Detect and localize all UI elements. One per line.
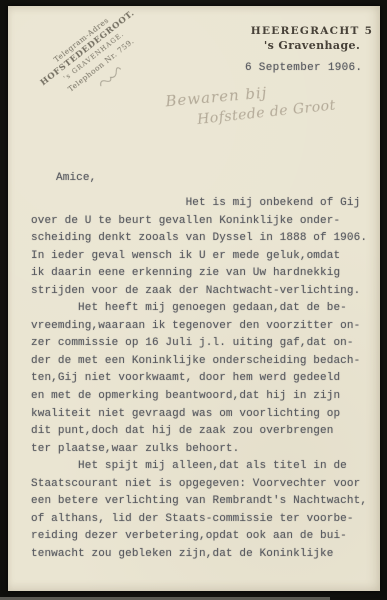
address-city: 's Gravenhage. <box>246 39 378 52</box>
letterhead-address: HEEREGRACHT 5 's Gravenhage. <box>246 25 378 52</box>
address-street: HEEREGRACHT 5 <box>246 25 378 37</box>
telegram-address-stamp: Telegram-Adres HOFSTEDEDEGROOT. 's GRAVE… <box>23 0 170 127</box>
letter-scan: Telegram-Adres HOFSTEDEDEGROOT. 's GRAVE… <box>0 0 387 600</box>
pencil-annotation: Bewaren bij Hofstede de Groot <box>165 78 337 130</box>
letter-body: Het is mij onbekend of Gij over de U te … <box>31 195 367 563</box>
letter-date: 6 September 1906. <box>245 62 362 74</box>
letter-paper: Telegram-Adres HOFSTEDEDEGROOT. 's GRAVE… <box>8 6 380 591</box>
salutation: Amice, <box>56 172 96 184</box>
